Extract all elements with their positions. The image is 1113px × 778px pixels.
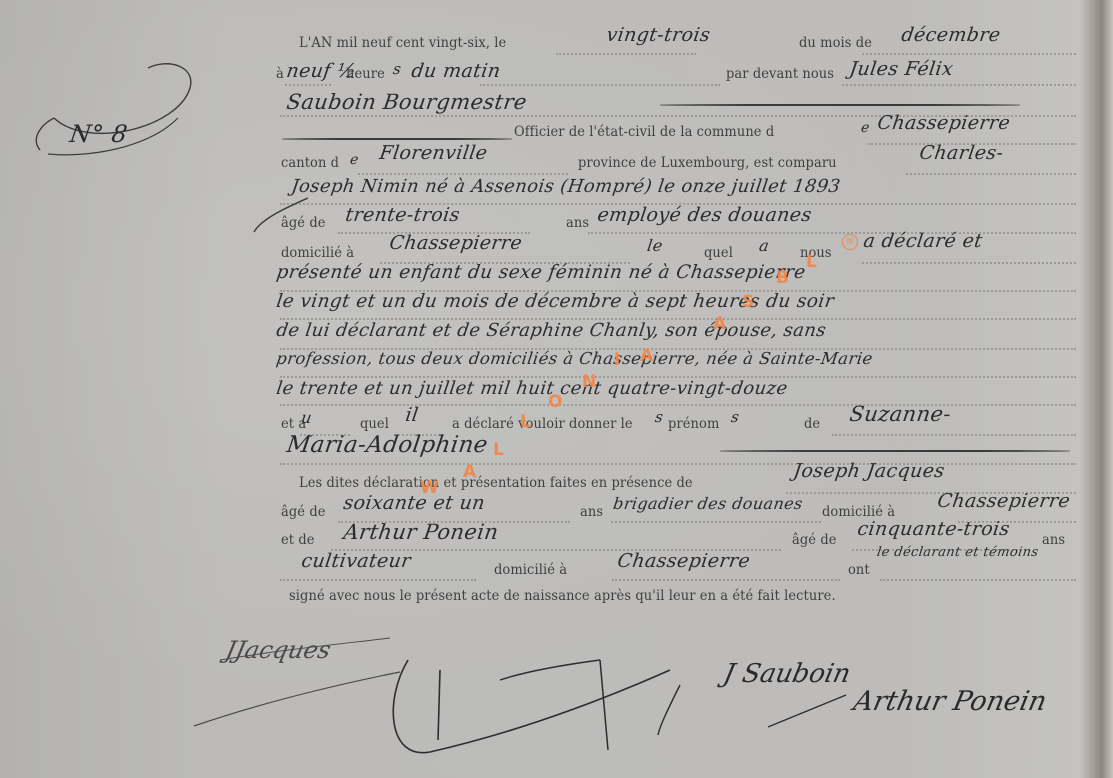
printed-ans-2: ans [580,504,603,520]
printed-ont: ont [848,562,870,578]
printed-domicilie-3: domicilié à [494,562,567,578]
hand-witness2-occupation: cultivateur [300,550,412,572]
hand-a: a [758,236,771,255]
hand-le: le [646,236,664,255]
printed-prenom: prénom [668,416,719,432]
signature-declarant [380,640,690,770]
hand-declare: a déclaré et [862,230,984,252]
printed-canton: canton d [281,155,339,171]
strike-fill [720,450,1070,452]
hand-officer-first: Jules Félix [848,58,955,80]
hand-heure-suffix: s [392,60,403,78]
printed-ans: ans [566,215,589,231]
registered-mark: ® [842,234,858,250]
printed-closing: signé avec nous le présent acte de naiss… [289,588,836,604]
printed-du-mois: du mois de [799,35,872,51]
record-number: N° 8 [68,120,129,148]
printed-et-de: et de [281,532,315,548]
hand-il: il [404,404,420,426]
printed-a: à [276,66,284,82]
hand-declarant-occupation: employé des douanes [596,204,813,226]
hand-witness2-age: cinquante-trois [856,518,1011,540]
printed-vouloir: a déclaré vouloir donner le [452,416,633,432]
hand-declarant-domicile: Chassepierre [388,232,524,254]
printed-quel: quel [704,245,733,261]
signature-stroke-icon [380,640,690,770]
printed-age-2: âgé de [281,504,326,520]
civil-record-page: N° 8 L'AN mil neuf cent vingt-six, le vi… [0,0,1113,778]
hand-matin: du matin [410,60,502,82]
printed-year: L'AN mil neuf cent vingt-six, le [299,35,506,51]
hand-signed-note: le déclarant et témoins [876,545,1040,560]
hand-au: u [300,408,313,427]
oval-flourish-icon [28,58,196,178]
hand-declarant-first: Charles- [918,142,1005,164]
printed-province: province de Luxembourg, est comparu [578,155,837,171]
hand-canton-suffix: e [349,152,360,168]
printed-de: de [804,416,820,432]
printed-par-devant: par devant nous [726,66,834,82]
printed-age: âgé de [281,215,326,231]
hand-canton: Florenville [378,142,489,164]
hand-officer-name: Sauboin Bourgmestre [285,90,529,114]
hand-month: décembre [900,24,1002,46]
hand-day: vingt-trois [605,24,712,46]
hand-les: s [654,408,665,426]
hand-witness1-domicile: Chassepierre [936,490,1072,512]
printed-heure: heure [346,66,385,82]
hand-child-name: Maria-Adolphine [285,432,490,458]
hand-prenoms: s [730,408,741,426]
hand-line-presented: présenté un enfant du sexe féminin né à … [275,262,807,283]
strike-fill [660,104,1020,106]
hand-witness2-name: Arthur Ponein [342,520,500,544]
printed-presence: Les dites déclaration et présentation fa… [299,475,693,491]
hand-child-first: Suzanne- [848,402,953,426]
hand-declarant-name: Joseph Nimin né à Assenois (Hompré) le o… [290,176,842,197]
hand-commune-suffix: e [860,120,871,136]
hand-witness1-name: Joseph Jacques [792,460,946,482]
strike-fill [282,138,512,140]
hand-line-profession: profession, tous deux domiciliés à Chass… [275,349,874,368]
printed-quel-2: quel [360,416,389,432]
signature-officer: J Sauboin [650,655,870,745]
hand-line-mother-dob: le trente et un juillet mil huit cent qu… [275,378,789,399]
printed-ans-3: ans [1042,532,1065,548]
signature-witness2: Arthur Ponein [850,680,1110,750]
printed-domicilie: domicilié à [281,245,354,261]
hand-commune: Chassepierre [876,112,1012,134]
hand-witness1-age: soixante et un [342,492,487,514]
margin-number: N° 8 [28,58,196,178]
hand-witness1-occupation: brigadier des douanes [612,494,804,513]
printed-officier: Officier de l'état-civil de la commune d [514,124,774,140]
hand-declarant-age: trente-trois [344,204,461,226]
printed-age-3: âgé de [792,532,837,548]
hand-line-mother: de lui déclarant et de Séraphine Chanly,… [275,320,828,341]
hand-witness2-domicile: Chassepierre [616,550,752,572]
